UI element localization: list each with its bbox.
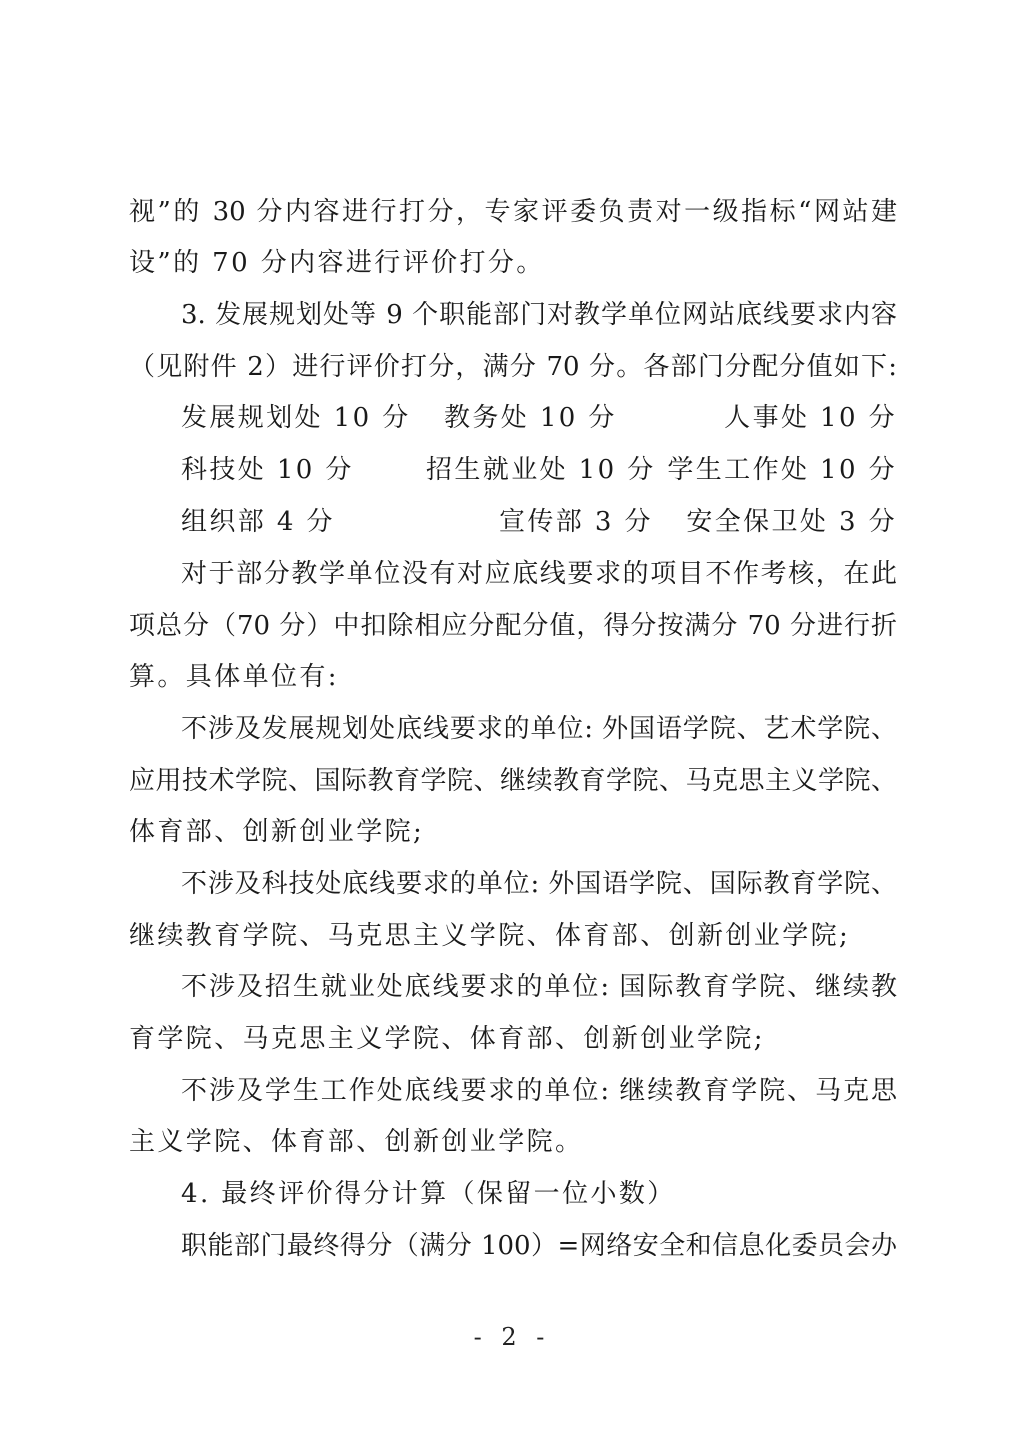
allocation-row: 组织部 4 分 宣传部 3 分 安全保卫处 3 分 bbox=[181, 505, 897, 539]
allocation-admissions-employment: 招生就业处 10 分 bbox=[426, 453, 656, 487]
allocation-personnel: 人事处 10 分 bbox=[724, 401, 897, 435]
allocation-publicity: 宣传部 3 分 bbox=[499, 505, 653, 539]
paragraph-line: 职能部门最终得分（满分 100）=网络安全和信息化委员会办 bbox=[181, 1229, 897, 1263]
paragraph-line: 对于部分教学单位没有对应底线要求的项目不作考核，在此 bbox=[181, 557, 897, 591]
page-number: - 2 - bbox=[0, 1322, 1024, 1352]
paragraph-line: 设”的 70 分内容进行评价打分。 bbox=[129, 246, 897, 280]
allocation-row: 科技处 10 分 招生就业处 10 分 学生工作处 10 分 bbox=[181, 453, 897, 487]
paragraph-line: 育学院、马克思主义学院、体育部、创新创业学院; bbox=[129, 1022, 897, 1056]
paragraph-line: 继续教育学院、马克思主义学院、体育部、创新创业学院; bbox=[129, 919, 897, 953]
paragraph-line: 不涉及招生就业处底线要求的单位: 国际教育学院、继续教 bbox=[181, 970, 897, 1004]
allocation-student-affairs: 学生工作处 10 分 bbox=[667, 453, 897, 487]
paragraph-line: （见附件 2）进行评价打分，满分 70 分。各部门分配分值如下: bbox=[129, 350, 897, 384]
allocation-security: 安全保卫处 3 分 bbox=[686, 505, 897, 539]
paragraph-line: 不涉及科技处底线要求的单位: 外国语学院、国际教育学院、 bbox=[181, 867, 897, 901]
paragraph-line: 视”的 30 分内容进行打分，专家评委负责对一级指标“网站建 bbox=[129, 195, 897, 229]
paragraph-line: 主义学院、体育部、创新创业学院。 bbox=[129, 1125, 897, 1159]
paragraph-line: 体育部、创新创业学院; bbox=[129, 815, 897, 849]
paragraph-line: 应用技术学院、国际教育学院、继续教育学院、马克思主义学院、 bbox=[129, 764, 897, 798]
section-4-heading-line: 4. 最终评价得分计算（保留一位小数） bbox=[181, 1177, 897, 1211]
paragraph-line: 不涉及发展规划处底线要求的单位: 外国语学院、艺术学院、 bbox=[181, 712, 897, 746]
allocation-organization: 组织部 4 分 bbox=[181, 505, 335, 539]
paragraph-line: 不涉及学生工作处底线要求的单位: 继续教育学院、马克思 bbox=[181, 1074, 897, 1108]
paragraph-line: 算。具体单位有: bbox=[129, 660, 897, 694]
allocation-row: 发展规划处 10 分 教务处 10 分 人事处 10 分 bbox=[181, 401, 897, 435]
allocation-development-planning: 发展规划处 10 分 bbox=[181, 401, 411, 435]
document-page: 视”的 30 分内容进行打分，专家评委负责对一级指标“网站建 设”的 70 分内… bbox=[0, 0, 1024, 1448]
allocation-academic-affairs: 教务处 10 分 bbox=[444, 401, 617, 435]
allocation-science-technology: 科技处 10 分 bbox=[181, 453, 354, 487]
section-3-heading-line: 3. 发展规划处等 9 个职能部门对教学单位网站底线要求内容 bbox=[181, 298, 897, 332]
paragraph-line: 项总分（70 分）中扣除相应分配分值，得分按满分 70 分进行折 bbox=[129, 609, 897, 643]
